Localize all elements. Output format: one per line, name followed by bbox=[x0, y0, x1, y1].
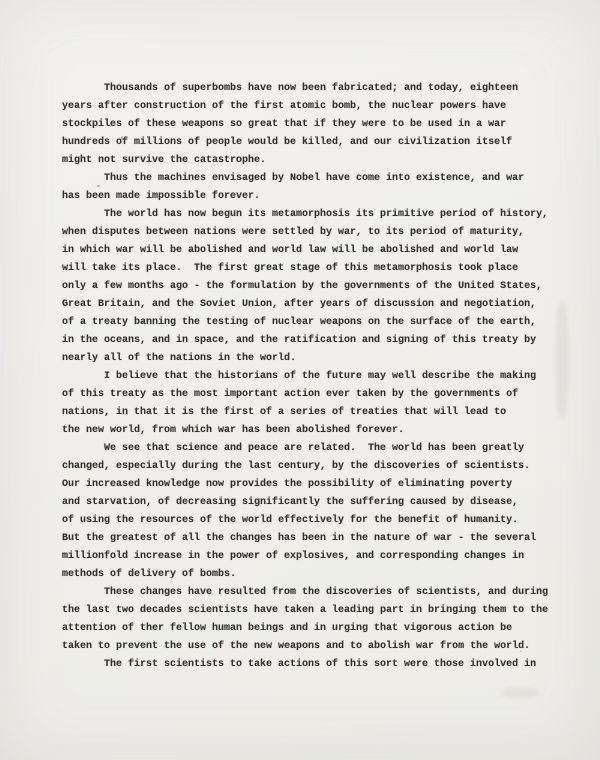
paragraph-historians: I believe that the historians of the fut… bbox=[62, 368, 556, 440]
paragraph-nobel-machines: Thus the machines envisaged by Nobel hav… bbox=[62, 170, 556, 206]
scan-speckle bbox=[121, 136, 123, 140]
paragraph-changes-from-discoveries: These changes have resulted from the dis… bbox=[62, 584, 556, 656]
scan-smudge bbox=[555, 300, 569, 420]
document-page: Thousands of superbombs have now been fa… bbox=[0, 0, 600, 760]
paragraph-metamorphosis-treaty: The world has now begun its metamorphosi… bbox=[62, 206, 556, 368]
scan-speckle bbox=[520, 650, 522, 652]
typewritten-text-block: Thousands of superbombs have now been fa… bbox=[62, 80, 556, 674]
scan-speckle bbox=[97, 185, 100, 187]
paragraph-science-and-peace: We see that science and peace are relate… bbox=[62, 440, 556, 584]
scan-smudge bbox=[500, 688, 540, 698]
paragraph-first-scientists: The first scientists to take actions of … bbox=[62, 656, 556, 674]
paragraph-superbombs: Thousands of superbombs have now been fa… bbox=[62, 80, 556, 170]
